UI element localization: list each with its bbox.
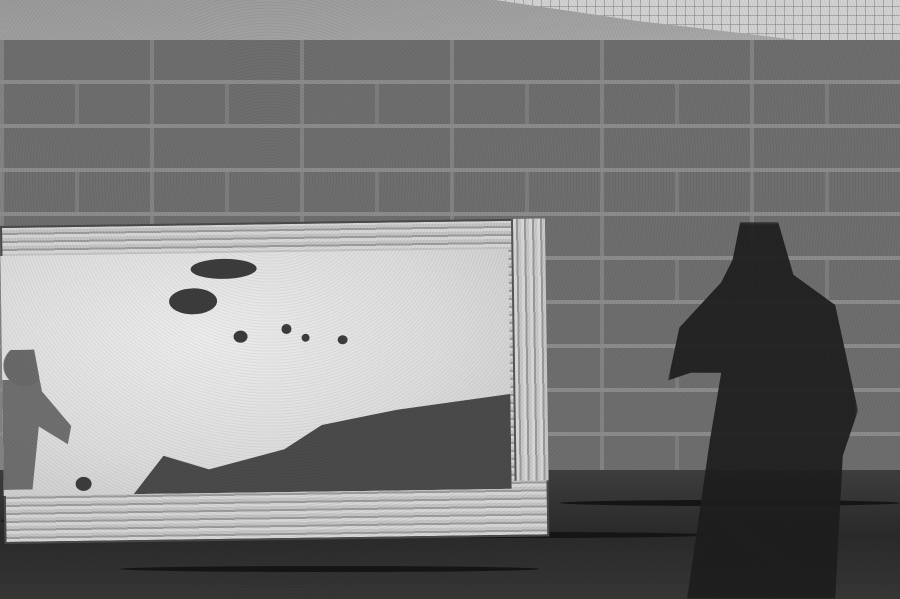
mirror-glass [0,249,511,496]
silvering-damage [132,394,511,494]
ground-crack [120,566,540,572]
photograph [0,0,900,599]
silvering-spot [338,335,348,344]
silvering-spot [233,331,247,343]
silvering-damage [169,288,217,315]
silvering-spot [76,477,92,491]
reflected-figure [2,349,76,490]
mirror [0,218,549,544]
silvering-damage [190,258,256,279]
silvering-spot [302,334,310,342]
mirror-frame-side [511,218,549,480]
silvering-spot [281,324,291,334]
